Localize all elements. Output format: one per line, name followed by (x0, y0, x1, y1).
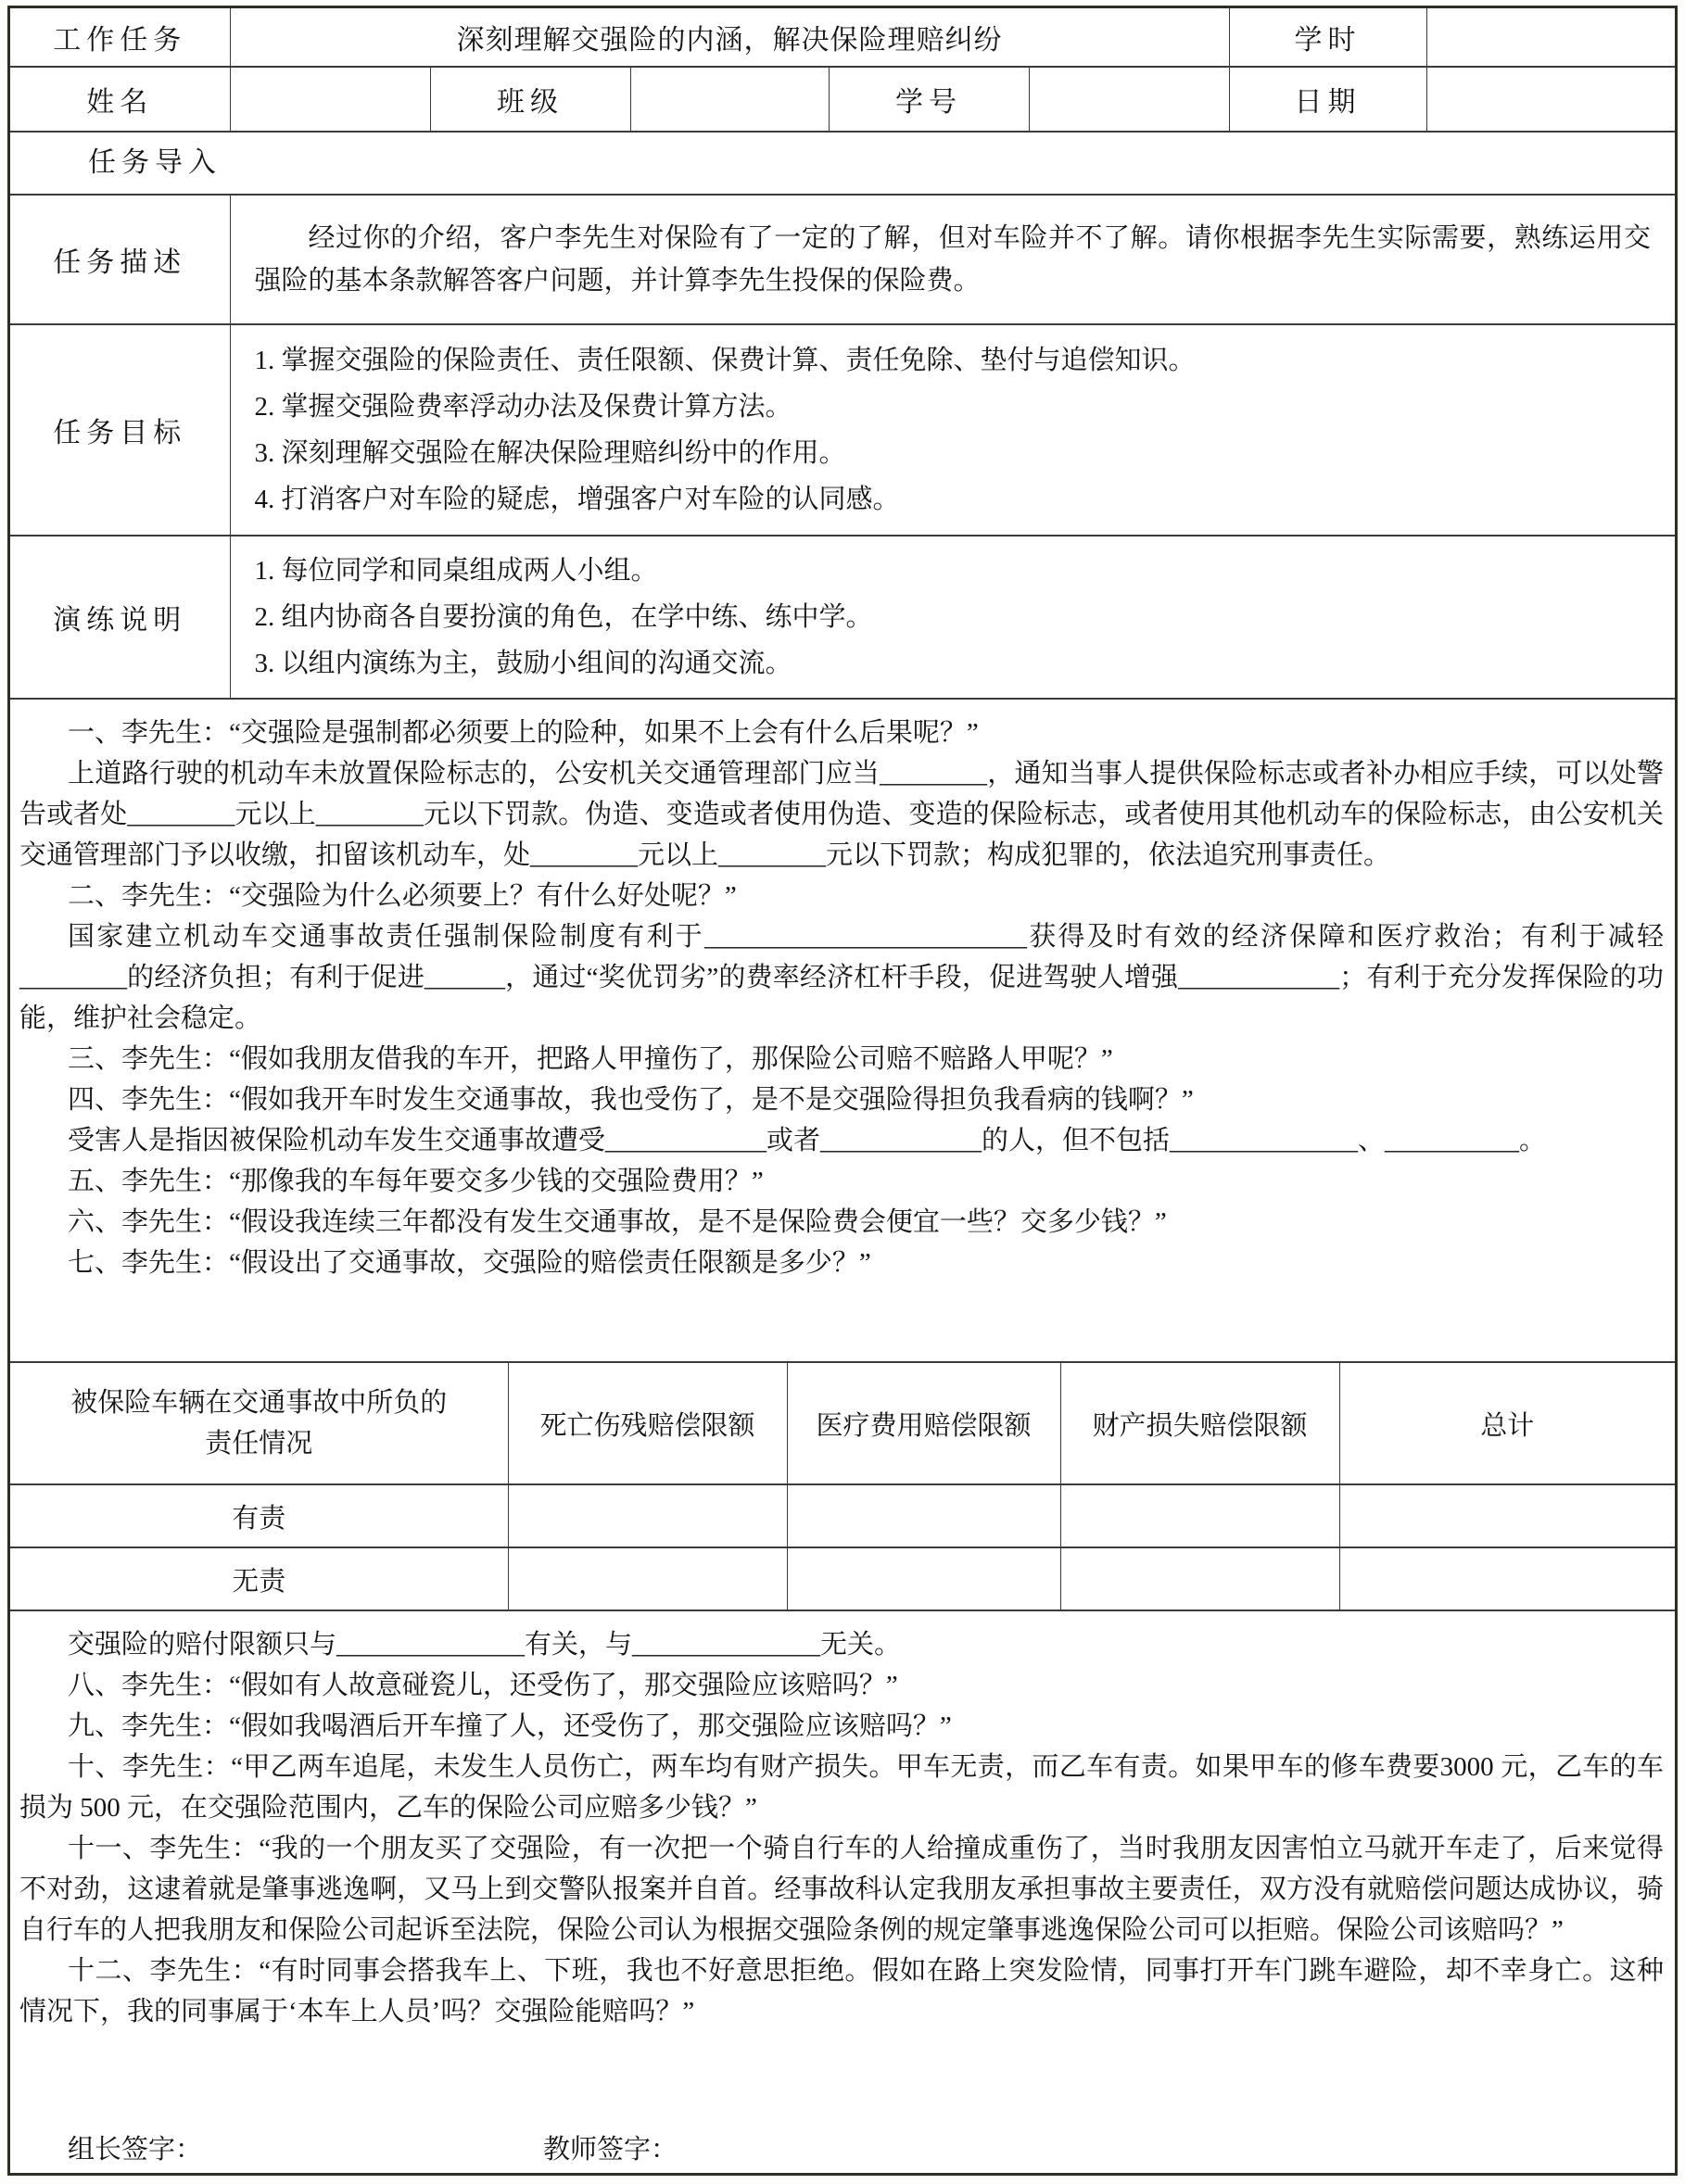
class-value-cell (630, 67, 829, 131)
limits-cell-empty (508, 1547, 787, 1610)
limits-table: 被保险车辆在交通事故中所负的责任情况 死亡伤残赔偿限额 医疗费用赔偿限额 财产损… (10, 1363, 1675, 1610)
limits-cell-empty (1339, 1484, 1675, 1547)
task-goal-item: 4. 打消客户对车险的疑虑，增强客户对车险的认同感。 (255, 476, 1652, 523)
limits-cell-empty (787, 1484, 1060, 1547)
dialog-paragraph: 九、李先生：“假如我喝酒后开车撞了人，还受伤了，那交强险应该赔吗？” (19, 1706, 1664, 1747)
dialog-paragraph: 六、李先生：“假设我连续三年都没有发生交通事故，是不是保险费会便宜一些？交多少钱… (19, 1202, 1664, 1243)
task-desc-text: 经过你的介绍，客户李先生对保险有了一定的了解，但对车险并不了解。请你根据李先生实… (255, 217, 1652, 302)
task-intro-row: 任务导入 (10, 131, 1675, 196)
limits-header-property: 财产损失赔偿限额 (1060, 1363, 1339, 1484)
dialog-paragraph: 十、李先生：“甲乙两车追尾，未发生人员伤亡，两车均有财产损失。甲车无责，而乙车有… (19, 1747, 1664, 1828)
name-label-cell: 姓名 (10, 67, 230, 131)
dialog-paragraph: 一、李先生：“交强险是强制都必须要上的险种，如果不上会有什么后果呢？” (19, 713, 1664, 753)
dialog-paragraph: 八、李先生：“假如有人故意碰瓷儿，还受伤了，那交强险应该赔吗？” (19, 1665, 1664, 1706)
fill-blank-paragraph: 上道路行驶的机动车未放置保险标志的，公安机关交通管理部门应当________，通… (19, 753, 1664, 876)
drill-note-label-cell: 演练说明 (10, 536, 230, 698)
dialog-section-1: 一、李先生：“交强险是强制都必须要上的险种，如果不上会有什么后果呢？” 上道路行… (10, 698, 1675, 1361)
drill-note-item: 2. 组内协商各自要扮演的角色，在学中练、练中学。 (255, 594, 1652, 640)
limits-header-medical: 医疗费用赔偿限额 (787, 1363, 1060, 1484)
hours-label-cell: 学时 (1229, 8, 1426, 67)
limits-cell-empty (1339, 1547, 1675, 1610)
limits-cell-empty (1060, 1547, 1339, 1610)
dialog-paragraph: 五、李先生：“那像我的车每年要交多少钱的交强险费用？” (19, 1161, 1664, 1202)
name-value-cell (230, 67, 430, 131)
limits-header-death-disability: 死亡伤残赔偿限额 (508, 1363, 787, 1484)
signature-row: 组长签字： 教师签字： (10, 2128, 1675, 2166)
limits-cell-empty (1060, 1484, 1339, 1547)
dialog-paragraph: 十二、李先生：“有时同事会搭我车上、下班，我也不好意思拒绝。假如在路上突发险情，… (19, 1950, 1664, 2032)
limits-cell-empty (508, 1484, 787, 1547)
student-id-value-cell (1029, 67, 1229, 131)
dialog-paragraph: 三、李先生：“假如我朋友借我的车开，把路人甲撞伤了，那保险公司赔不赔路人甲呢？” (19, 1039, 1664, 1079)
limits-row-label-not-liable: 无责 (10, 1547, 508, 1610)
dialog-paragraph: 七、李先生：“假设出了交通事故，交强险的赔偿责任限额是多少？” (19, 1243, 1664, 1283)
work-task-title-cell: 深刻理解交强险的内涵，解决保险理赔纠纷 (230, 8, 1229, 67)
class-label-cell: 班级 (430, 67, 630, 131)
work-task-label-cell: 工作任务 (10, 8, 230, 67)
task-goal-item: 1. 掌握交强险的保险责任、责任限额、保费计算、责任免除、垫付与追偿知识。 (255, 337, 1652, 384)
fill-blank-paragraph: 受害人是指因被保险机动车发生交通事故遭受____________或者______… (19, 1120, 1664, 1161)
task-desc-content-cell: 经过你的介绍，客户李先生对保险有了一定的了解，但对车险并不了解。请你根据李先生实… (230, 196, 1675, 324)
student-id-label-cell: 学号 (829, 67, 1029, 131)
limits-header-responsibility: 被保险车辆在交通事故中所负的责任情况 (10, 1363, 508, 1484)
hours-value-cell (1426, 8, 1675, 67)
worksheet-page: 工作任务 深刻理解交强险的内涵，解决保险理赔纠纷 学时 姓名 班级 学号 日期 … (7, 6, 1678, 2176)
fill-blank-paragraph: 交强险的赔付限额只与______________有关，与____________… (19, 1624, 1664, 1665)
teacher-signature-label: 教师签字： (543, 2128, 678, 2166)
task-goal-label-cell: 任务目标 (10, 324, 230, 536)
leader-signature-label: 组长签字： (68, 2128, 202, 2166)
dialog-paragraph: 二、李先生：“交强险为什么必须要上？有什么好处呢？” (19, 876, 1664, 916)
limits-header-total: 总计 (1339, 1363, 1675, 1484)
date-label-cell: 日期 (1229, 67, 1426, 131)
limits-table-wrap: 被保险车辆在交通事故中所负的责任情况 死亡伤残赔偿限额 医疗费用赔偿限额 财产损… (10, 1361, 1675, 1611)
limits-row-label-liable: 有责 (10, 1484, 508, 1547)
task-goal-item: 3. 深刻理解交强险在解决保险理赔纠纷中的作用。 (255, 430, 1652, 476)
dialog-paragraph: 十一、李先生：“我的一个朋友买了交强险，有一次把一个骑自行车的人给撞成重伤了，当… (19, 1828, 1664, 1950)
dialog-paragraph: 四、李先生：“假如我开车时发生交通事故，我也受伤了，是不是交强险得担负我看病的钱… (19, 1079, 1664, 1120)
dialog-section-2: 交强险的赔付限额只与______________有关，与____________… (10, 1611, 1675, 2049)
drill-note-item: 3. 以组内演练为主，鼓励小组间的沟通交流。 (255, 640, 1652, 687)
task-goal-content-cell: 1. 掌握交强险的保险责任、责任限额、保费计算、责任免除、垫付与追偿知识。 2.… (230, 324, 1675, 536)
task-goal-item: 2. 掌握交强险费率浮动办法及保费计算方法。 (255, 384, 1652, 430)
limits-cell-empty (787, 1547, 1060, 1610)
drill-note-item: 1. 每位同学和同桌组成两人小组。 (255, 548, 1652, 594)
date-value-cell (1426, 67, 1675, 131)
drill-note-content-cell: 1. 每位同学和同桌组成两人小组。 2. 组内协商各自要扮演的角色，在学中练、练… (230, 536, 1675, 698)
info-table: 任务描述 经过你的介绍，客户李先生对保险有了一定的了解，但对车险并不了解。请你根… (10, 196, 1675, 698)
header-table: 工作任务 深刻理解交强险的内涵，解决保险理赔纠纷 学时 姓名 班级 学号 日期 (10, 8, 1675, 131)
task-desc-label-cell: 任务描述 (10, 196, 230, 324)
fill-blank-paragraph: 国家建立机动车交通事故责任强制保险制度有利于__________________… (19, 916, 1664, 1039)
